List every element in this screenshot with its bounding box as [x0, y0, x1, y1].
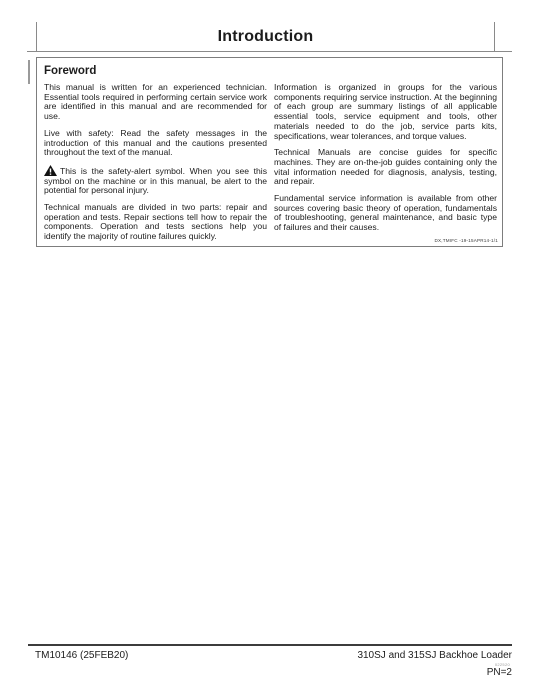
foreword-section: Foreword This manual is written for an e… — [36, 57, 503, 247]
safety-paragraph: This is the safety-alert symbol. When yo… — [44, 165, 267, 196]
foreword-columns: This manual is written for an experience… — [44, 83, 497, 249]
paragraph: This manual is written for an experience… — [44, 83, 267, 122]
paragraph: Fundamental service information is avail… — [274, 194, 497, 233]
paragraph: Information is organized in groups for t… — [274, 83, 497, 141]
page-title: Introduction — [218, 28, 314, 46]
safety-alert-icon — [44, 165, 57, 176]
document-code: DX,TMIFC -19-15APR14-1/1 — [434, 238, 498, 243]
paragraph: Technical manuals are divided in two par… — [44, 203, 267, 242]
margin-tick — [28, 60, 30, 84]
paragraph-text: This is the safety-alert symbol. When yo… — [44, 166, 267, 195]
footer-page-number: PN=2 — [487, 667, 512, 678]
footer-rule — [28, 644, 512, 646]
title-box: Introduction — [36, 22, 495, 51]
title-underline — [27, 51, 512, 52]
foreword-heading: Foreword — [44, 65, 96, 77]
foreword-left-column: This manual is written for an experience… — [44, 83, 267, 249]
foreword-right-column: Information is organized in groups for t… — [274, 83, 497, 249]
footer-micro-code: 022520 — [495, 662, 510, 667]
footer-manual-number: TM10146 (25FEB20) — [35, 650, 128, 661]
paragraph: Technical Manuals are concise guides for… — [274, 148, 497, 187]
footer-model-title: 310SJ and 315SJ Backhoe Loader — [357, 650, 512, 661]
paragraph: Live with safety: Read the safety messag… — [44, 129, 267, 158]
